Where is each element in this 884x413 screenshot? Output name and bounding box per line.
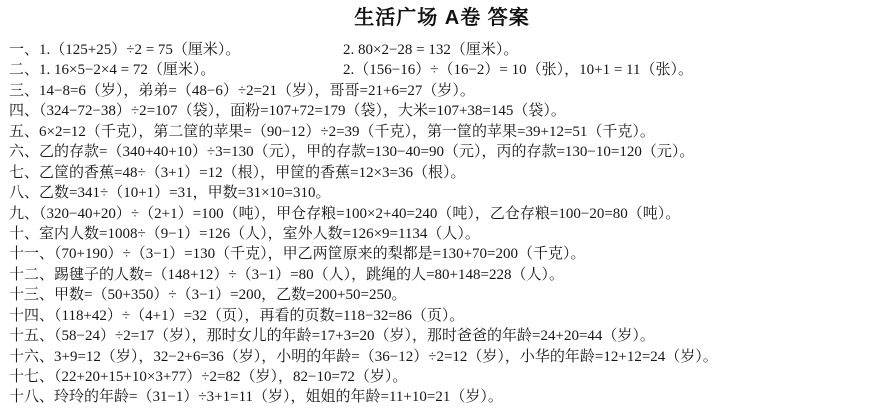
answer-line-6: 六、乙的存款=（340+40+10）÷3=130（元），甲的存款=130−40=… — [9, 142, 882, 162]
answer-line-3: 三、14−8=6（岁），弟弟=（48−6）÷2=21（岁），哥哥=21+6=27… — [9, 81, 882, 101]
answer-line-5: 五、6×2=12（千克），第二筐的苹果=（90−12）÷2=39（千克），第一筐… — [9, 122, 882, 142]
answer-line-14: 十四、（118+42）÷（4+1）=32（页），再看的页数=118−32=86（… — [9, 306, 882, 326]
answer-line-15-text: 十五、（58−24）÷2=17（岁），那时女儿的年龄=17+3=20（岁），那时… — [9, 328, 655, 344]
answer-line-1: 一、1.（125+25）÷2 = 75（厘米）。 2. 80×2−28 = 13… — [9, 40, 882, 60]
answer-line-6-text: 六、乙的存款=（340+40+10）÷3=130（元），甲的存款=130−40=… — [9, 144, 694, 160]
answer-line-8: 八、乙数=341÷（10+1）=31，甲数=31×10=310。 — [9, 183, 882, 203]
answer-line-10-text: 十、室内人数=1008÷（9−1）=126（人），室外人数=126×9=1134… — [9, 226, 480, 242]
answer-line-2: 二、1. 16×5−2×4 = 72（厘米）。 2.（156−16）÷（16−2… — [9, 60, 882, 80]
answer-line-16-text: 十六、3+9=12（岁），32−2+6=36（岁），小明的年龄=（36−12）÷… — [9, 349, 718, 365]
answer-line-9-text: 九、（320−40+20）÷（2+1）=100（吨），甲仓存粮=100×2+40… — [9, 206, 680, 222]
answer-line-8-text: 八、乙数=341÷（10+1）=31，甲数=31×10=310。 — [9, 185, 331, 201]
answer-line-2-part-2: 2.（156−16）÷（16−2）= 10（张），10+1 = 11（张）。 — [343, 60, 693, 80]
answer-line-14-text: 十四、（118+42）÷（4+1）=32（页），再看的页数=118−32=86（… — [9, 308, 464, 324]
answers-list: 一、1.（125+25）÷2 = 75（厘米）。 2. 80×2−28 = 13… — [0, 40, 884, 408]
answer-line-3-text: 三、14−8=6（岁），弟弟=（48−6）÷2=21（岁），哥哥=21+6=27… — [9, 83, 475, 99]
answer-line-17: 十七、（22+20+15+10×3+77）÷2=82（岁），82−10=72（岁… — [9, 367, 882, 387]
answer-line-13: 十三、甲数=（50+350）÷（3−1）=200，乙数=200+50=250。 — [9, 285, 882, 305]
answer-line-11: 十一、（70+190）÷（3−1）=130（千克），甲乙两筐原来的梨都是=130… — [9, 244, 882, 264]
answer-line-12: 十二、踢毽子的人数=（148+12）÷（3−1）=80（人），跳绳的人=80+1… — [9, 265, 882, 285]
answer-line-1-part-2: 2. 80×2−28 = 132（厘米）。 — [343, 40, 518, 60]
answer-line-18: 十八、玲玲的年龄=（31−1）÷3+1=11（岁），姐姐的年龄=11+10=21… — [9, 387, 882, 407]
answer-line-2-part-1: 二、1. 16×5−2×4 = 72（厘米）。 — [9, 62, 215, 78]
answer-line-13-text: 十三、甲数=（50+350）÷（3−1）=200，乙数=200+50=250。 — [9, 287, 406, 303]
answer-sheet-page: 生活广场 A卷 答案 一、1.（125+25）÷2 = 75（厘米）。 2. 8… — [0, 0, 884, 413]
answer-line-7: 七、乙筐的香蕉=48÷（3+1）=12（根），甲筐的香蕉=12×3=36（根）。 — [9, 163, 882, 183]
answer-line-7-text: 七、乙筐的香蕉=48÷（3+1）=12（根），甲筐的香蕉=12×3=36（根）。 — [9, 165, 466, 181]
answer-line-11-text: 十一、（70+190）÷（3−1）=130（千克），甲乙两筐原来的梨都是=130… — [9, 246, 586, 262]
answer-line-17-text: 十七、（22+20+15+10×3+77）÷2=82（岁），82−10=72（岁… — [9, 369, 407, 385]
answer-line-4-text: 四、（324−72−38）÷2=107（袋），面粉=107+72=179（袋），… — [9, 103, 566, 119]
answer-line-1-part-1: 一、1.（125+25）÷2 = 75（厘米）。 — [9, 42, 240, 58]
answer-line-15: 十五、（58−24）÷2=17（岁），那时女儿的年龄=17+3=20（岁），那时… — [9, 326, 882, 346]
answer-line-16: 十六、3+9=12（岁），32−2+6=36（岁），小明的年龄=（36−12）÷… — [9, 347, 882, 367]
answer-line-9: 九、（320−40+20）÷（2+1）=100（吨），甲仓存粮=100×2+40… — [9, 204, 882, 224]
answer-line-4: 四、（324−72−38）÷2=107（袋），面粉=107+72=179（袋），… — [9, 101, 882, 121]
page-title: 生活广场 A卷 答案 — [0, 6, 884, 30]
answer-line-18-text: 十八、玲玲的年龄=（31−1）÷3+1=11（岁），姐姐的年龄=11+10=21… — [9, 389, 503, 405]
answer-line-12-text: 十二、踢毽子的人数=（148+12）÷（3−1）=80（人），跳绳的人=80+1… — [9, 267, 564, 283]
answer-line-10: 十、室内人数=1008÷（9−1）=126（人），室外人数=126×9=1134… — [9, 224, 882, 244]
answer-line-5-text: 五、6×2=12（千克），第二筐的苹果=（90−12）÷2=39（千克），第一筐… — [9, 124, 655, 140]
